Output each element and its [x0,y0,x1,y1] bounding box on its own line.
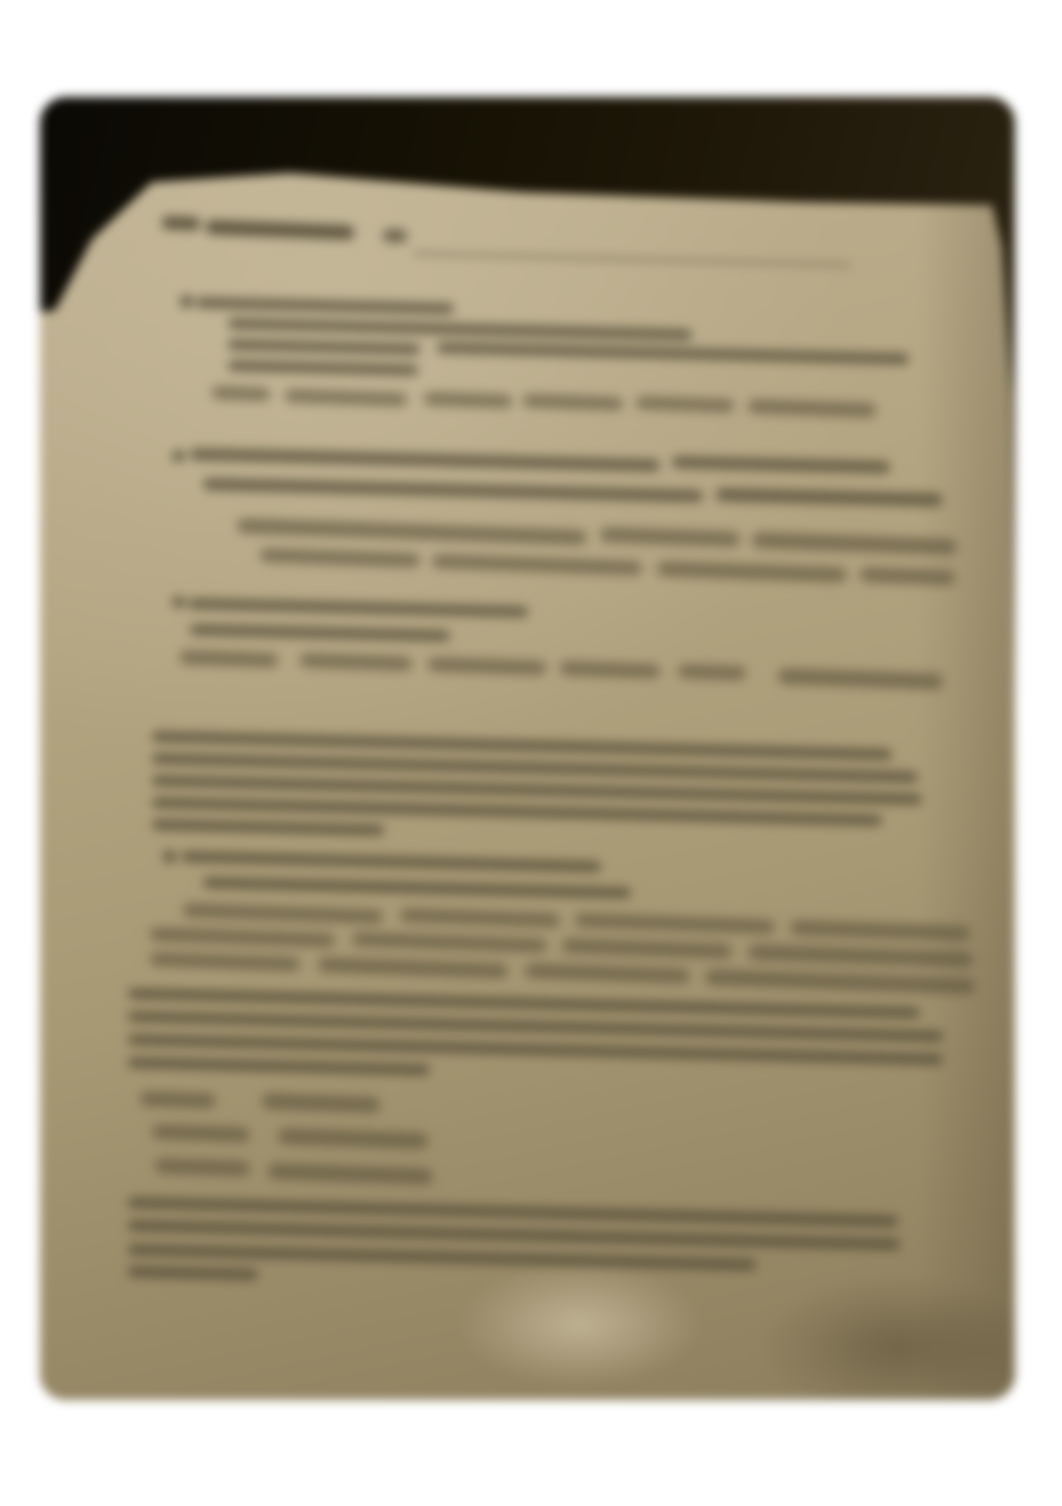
question-1-handwritten-text-line [748,399,876,417]
answer-list-handwritten-text-line [262,1093,380,1113]
question-4-handwritten-text-line [400,908,560,928]
question-2-handwritten-text-line [260,548,420,568]
question-4-handwritten-text-line [790,920,970,941]
question-1-question-number [180,295,193,308]
question-2-handwritten-text-line [752,532,957,555]
header-title-title-stroke [206,220,354,240]
paragraph-2-printed-text-line [128,1057,430,1075]
question-4-printed-text-line [181,851,601,872]
paragraph-1-printed-text-line [152,819,384,836]
question-4-handwritten-text-line [150,952,300,971]
paragraph-3-printed-text-line [128,1220,900,1250]
question-4-handwritten-text-line [183,903,383,924]
question-1-printed-text-line [228,339,420,355]
name-field-name-underline [413,252,850,266]
question-1-handwritten-text-line [212,386,270,401]
question-3-handwritten-text-line [778,668,943,690]
question-3-printed-text-line [190,624,450,641]
question-3-handwritten-text-line [180,650,278,667]
paragraph-3-printed-text-line [128,1244,756,1270]
worksheet-text-layer [40,97,1015,1400]
question-1-printed-text-line [196,297,454,314]
name-field-printed-text-line [383,229,407,243]
question-2-handwritten-text-line [657,561,847,583]
page: { "scene": { "kind": "out-of-focus photo… [0,0,1062,1506]
question-4-question-number [163,850,176,863]
answer-list-handwritten-text-line [155,1158,250,1176]
question-3-handwritten-text-line [678,664,746,680]
question-4-handwritten-text-line [705,969,975,994]
question-2-handwritten-text-line [432,554,642,575]
answer-list-handwritten-text-line [268,1163,433,1185]
answer-list-handwritten-text-line [152,1124,250,1142]
question-4-handwritten-text-line [525,963,690,984]
question-2-printed-text-line [203,478,703,502]
question-2-printed-text-line [190,448,660,471]
header-title-title-stroke [162,216,200,230]
question-3-question-number [172,596,185,608]
question-2-handwritten-text-line [860,567,955,585]
question-4-handwritten-text-line [352,932,547,953]
question-1-printed-text-line [228,360,418,376]
question-2-question-number [172,450,185,462]
document-photo [40,97,1015,1400]
question-4-handwritten-text-line [318,957,508,979]
question-2-handwritten-text-line [237,518,587,545]
question-3-handwritten-text-line [428,657,546,675]
question-4-printed-text-line [203,877,631,898]
question-2-printed-text-line [716,488,942,507]
question-4-handwritten-text-line [748,944,973,968]
answer-list-handwritten-text-line [140,1091,216,1109]
question-1-printed-text-line [228,318,692,340]
question-3-handwritten-text-line [300,653,412,671]
question-1-handwritten-text-line [285,389,407,406]
question-3-printed-text-line [188,598,528,617]
question-1-printed-text-line [437,342,909,365]
question-1-handwritten-text-line [523,394,623,410]
question-3-handwritten-text-line [560,661,660,678]
question-4-handwritten-text-line [575,913,775,934]
paragraph-3-printed-text-line [128,1266,258,1280]
question-2-handwritten-text-line [600,527,740,547]
question-4-handwritten-text-line [150,927,335,947]
question-1-handwritten-text-line [424,392,512,408]
question-2-printed-text-line [672,456,890,473]
answer-list-handwritten-text-line [278,1128,428,1149]
question-1-handwritten-text-line [636,396,734,412]
question-4-handwritten-text-line [562,938,732,959]
